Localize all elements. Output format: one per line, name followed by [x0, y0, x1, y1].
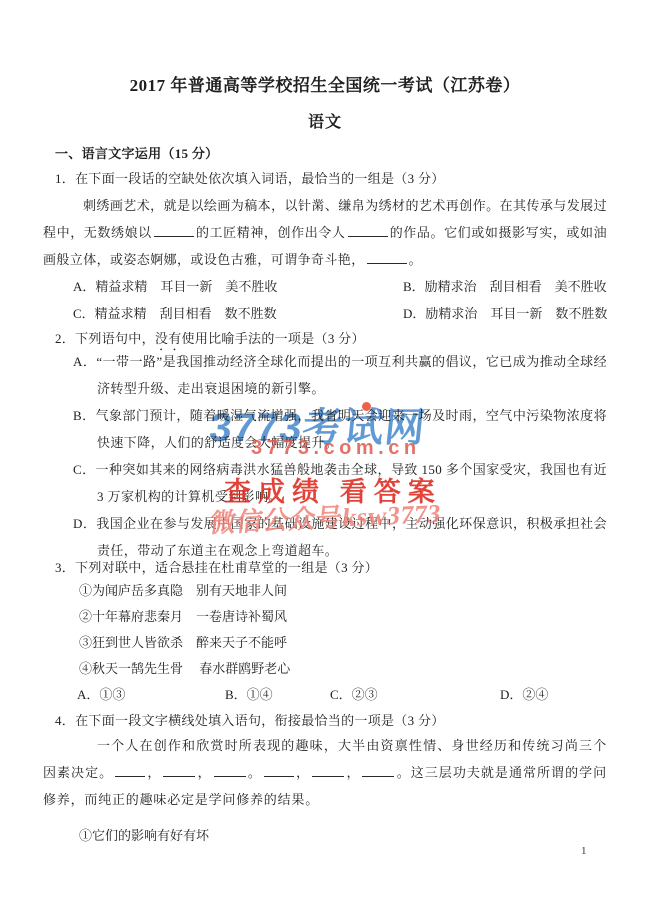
question-1-options: A．精益求精 耳目一新 美不胜收B．励精求治 刮目相看 美不胜收 C．精益求精 …: [73, 273, 607, 327]
question-3-couplets: ①为闻庐岳多真隐 别有天地非人间 ②十年幕府悲秦月 一卷唐诗补蜀风 ③狂到世人皆…: [79, 578, 607, 682]
option-c: C．②③: [330, 681, 500, 708]
question-1-passage: 刺绣画艺术，就是以绘画为稿本，以针黹、缣帛为绣材的艺术再创作。在其传承与发展过程…: [43, 192, 607, 273]
text-segment: ，: [296, 765, 310, 780]
option-row: C．精益求精 刮目相看 数不胜数D．励精求治 耳目一新 数不胜数: [73, 300, 607, 327]
question-1-stem: 1．在下面一段话的空缺处依次填入词语，最恰当的一组是（3 分）: [55, 165, 607, 192]
blank-underline: [214, 764, 246, 777]
document-content: 2017 年普通高等学校招生全国统一考试（江苏卷） 语文 一、语言文字运用（15…: [43, 0, 607, 849]
question-2-option-a: A．“一带一路”是我国推动经济全球化而提出的一项互利共赢的倡议，它已成为推动全球…: [73, 348, 607, 402]
option-row: A．精益求精 耳目一新 美不胜收B．励精求治 刮目相看 美不胜收: [73, 273, 607, 300]
question-3-stem: 3．下列对联中，适合悬挂在杜甫草堂的一组是（3 分）: [55, 554, 607, 581]
logo-dot-icon: [362, 402, 371, 411]
page-number: 1: [581, 845, 587, 857]
option-a: A．①③: [77, 681, 225, 708]
option-d: D．励精求治 耳目一新 数不胜数: [403, 306, 607, 321]
emphasized-text: 没有: [155, 331, 182, 346]
couplet-1: ①为闻庐岳多真隐 别有天地非人间: [79, 578, 607, 604]
text-segment: 。: [409, 252, 422, 267]
question-4-stem: 4．在下面一段文字横线处填入语句，衔接最恰当的一项是（3 分）: [55, 707, 607, 734]
stem-text: 2．下列语句中，: [55, 331, 155, 346]
exam-title: 2017 年普通高等学校招生全国统一考试（江苏卷）: [43, 74, 607, 97]
blank-underline: [163, 764, 195, 777]
text-segment: 的工匠精神，创作出令人: [196, 225, 346, 240]
question-4-passage: 一个人在创作和欣赏时所表现的趣味，大半由资禀性情、身世经历和传统习尚三个因素决定…: [43, 732, 607, 813]
option-c: C．精益求精 刮目相看 数不胜数: [73, 300, 403, 327]
question-4-item-1: ①它们的影响有好有坏: [79, 822, 607, 849]
option-b: B．励精求治 刮目相看 美不胜收: [403, 279, 607, 294]
blank-underline: [312, 764, 344, 777]
question-3-options: A．①③B．①④C．②③D．②④: [77, 681, 607, 708]
couplet-2: ②十年幕府悲秦月 一卷唐诗补蜀风: [79, 604, 607, 630]
option-d: D．②④: [500, 681, 548, 708]
text-segment: ，: [197, 765, 211, 780]
blank-underline: [348, 224, 388, 237]
couplet-4: ④秋天一鹄先生骨 春水群鸥野老心: [79, 656, 607, 682]
watermark-domain-url: 3773.com.cn: [251, 437, 421, 460]
option-b: B．①④: [225, 681, 330, 708]
section-heading: 一、语言文字运用（15 分）: [55, 140, 607, 167]
blank-underline: [362, 764, 394, 777]
text-segment: ，: [147, 765, 161, 780]
couplet-3: ③狂到世人皆欲杀 醉来天子不能呼: [79, 630, 607, 656]
exam-subject: 语文: [43, 112, 607, 134]
blank-underline: [154, 224, 194, 237]
exam-paper-page: { "page": { "title": "2017 年普通高等学校招生全国统一…: [0, 0, 650, 919]
blank-underline: [367, 251, 407, 264]
stem-text: 使用比喻手法的一项是（3 分）: [182, 331, 365, 346]
blank-underline: [264, 764, 294, 777]
option-a: A．精益求精 耳目一新 美不胜收: [73, 273, 403, 300]
blank-underline: [115, 764, 145, 777]
text-segment: 。: [248, 765, 262, 780]
text-segment: ，: [346, 765, 360, 780]
